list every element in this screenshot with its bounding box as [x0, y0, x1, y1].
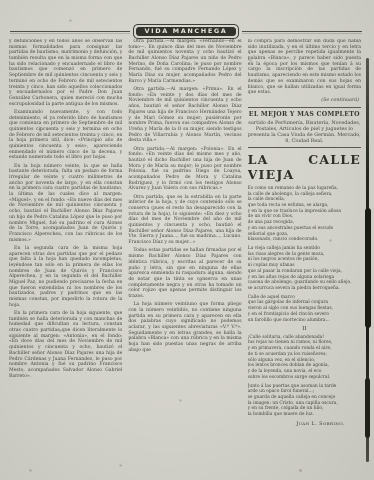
- poem-section-divider: II: [248, 326, 361, 332]
- paragraph: En la segunda cara de la misma hoja apar…: [9, 246, 122, 309]
- poem-title: LA CALLE VIEJA: [248, 152, 361, 183]
- poem-stanza: La vieja calleja jamás ha sentido las ri…: [248, 246, 361, 292]
- poem-author-signature: Juan L. Sobrino.: [248, 421, 361, 427]
- article-columns: y defunciones y en todos años se observa…: [9, 39, 361, 464]
- poem-stanza: Calle de aquel marco que las gárgolas de…: [248, 295, 361, 324]
- ad-rule-top: [248, 107, 361, 108]
- paragraph: Otra partida.—Al margen: «Prima». En el …: [128, 87, 241, 144]
- paragraph: Examinando nuevamente, y con todo deteni…: [9, 110, 122, 161]
- masthead-rule-left: [10, 31, 130, 32]
- newspaper-page: VIDA MANCHEGA y defunciones y en todos a…: [0, 0, 374, 480]
- poem-stanza: ¡Calle solitaria, calle abandonada! tus …: [248, 335, 361, 381]
- poem-stanza: Junto á las puertas que asoman la tarde …: [248, 384, 361, 418]
- masthead-rule-right: [242, 31, 362, 32]
- paragraph: Otra partida, que es la estrabilla en la…: [128, 195, 241, 246]
- masthead-cartouche: VIDA MANCHEGA: [133, 24, 239, 39]
- paragraph: Otra partida.—Al margen: «Polonia». En e…: [128, 147, 241, 193]
- paragraph: En la primera cara de la hoja siguiente,…: [9, 311, 122, 379]
- column-right: la compra para demostrar sin duda que ha…: [248, 39, 361, 464]
- masthead: VIDA MANCHEGA: [10, 24, 362, 39]
- ad-rule-bottom: [248, 147, 361, 148]
- ad-body: surtido de Perfumería, Bisutería, Noveda…: [248, 120, 361, 145]
- continuation-note: (Se continuará): [248, 98, 359, 104]
- paragraph: la compra para demostrar sin duda que ha…: [248, 39, 361, 96]
- paragraph: En la hoja número veinte, la que se hall…: [9, 164, 122, 244]
- column-left: y defunciones y en todos años se observa…: [9, 39, 122, 464]
- ad-headline: EL MEJOR Y MAS COMPLETO: [248, 111, 361, 119]
- paragraph: La hoja número veintiuno que forma plieg…: [128, 302, 241, 353]
- column-middle: Otra partida.—Al margen: «Fernando—en el…: [128, 39, 241, 464]
- poem-stanza: Es como un remanso de la paz lugareña, l…: [248, 186, 361, 243]
- paragraph: Otra partida.—Al margen: «Fernando—en el…: [128, 39, 241, 85]
- advertisement: EL MEJOR Y MAS COMPLETO surtido de Perfu…: [248, 107, 361, 147]
- binding-shadow: [366, 58, 369, 462]
- paragraph: Todas estas partidas se hallan firmadas …: [128, 248, 241, 299]
- scan-noise: [0, 0, 1, 1]
- paragraph: y defunciones y en todos años se observa…: [9, 39, 122, 107]
- masthead-title: VIDA MANCHEGA: [136, 27, 237, 37]
